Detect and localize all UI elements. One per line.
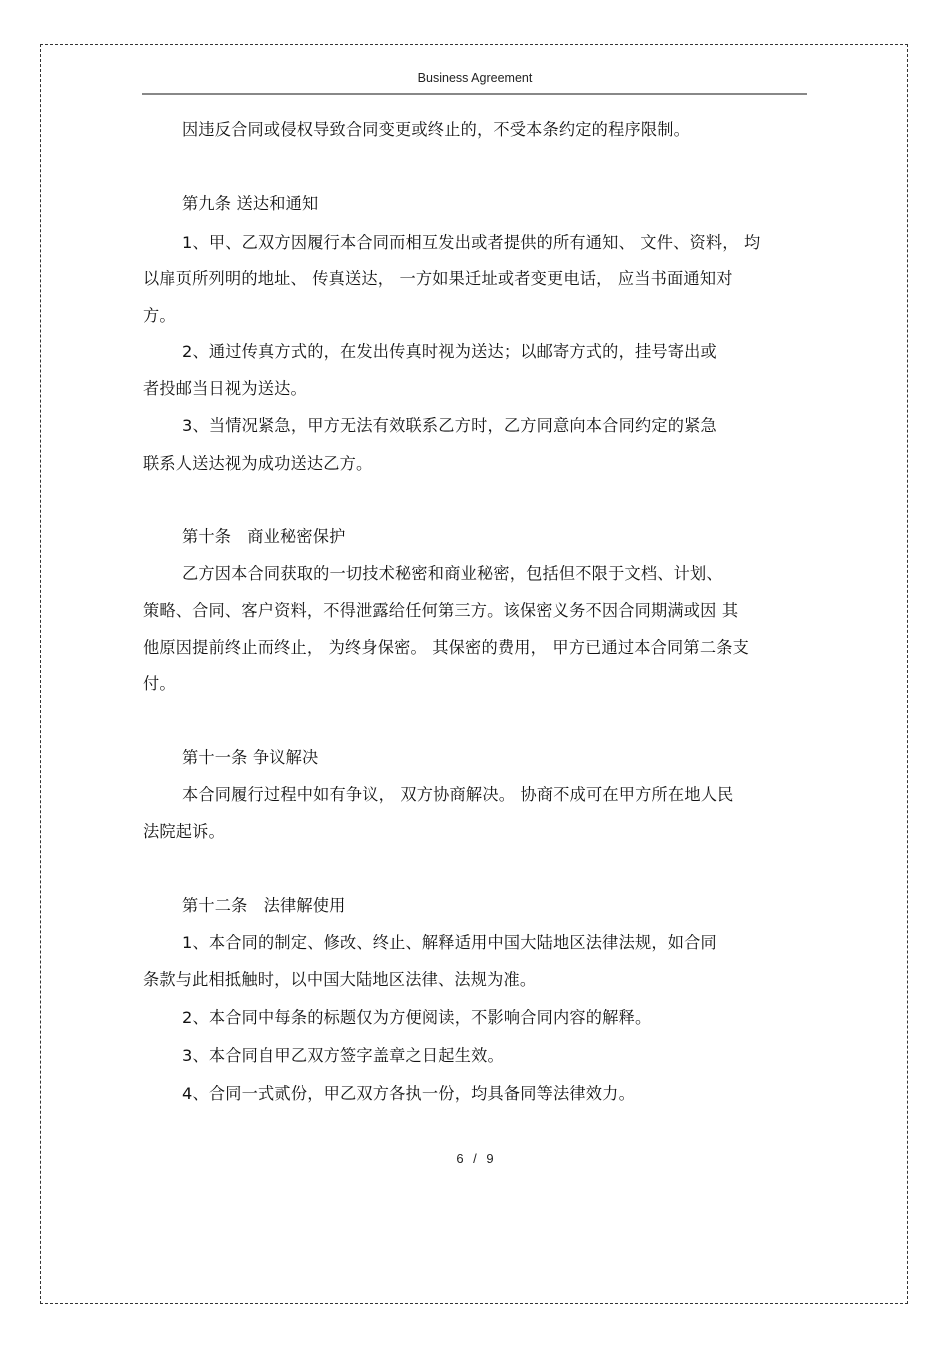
paragraph-line: 他原因提前终止而终止， 为终身保密。 其保密的费用， 甲方已通过本合同第二条支 bbox=[143, 638, 749, 658]
paragraph-line: 1、甲、乙双方因履行本合同而相互发出或者提供的所有通知、 文件、资料， 均 bbox=[182, 233, 760, 253]
paragraph-line: 2、通过传真方式的，在发出传真时视为送达；以邮寄方式的，挂号寄出或 bbox=[182, 342, 717, 362]
paragraph-line: 法院起诉。 bbox=[143, 822, 225, 842]
paragraph-line: 4、合同一式贰份，甲乙双方各执一份，均具备同等法律效力。 bbox=[182, 1084, 635, 1104]
paragraph-line: 条款与此相抵触时，以中国大陆地区法律、法规为准。 bbox=[143, 970, 536, 990]
paragraph-line: 付。 bbox=[143, 674, 176, 694]
running-header: Business Agreement bbox=[0, 71, 950, 85]
paragraph-line: 1、本合同的制定、修改、终止、解释适用中国大陆地区法律法规，如合同 bbox=[182, 933, 717, 953]
paragraph-line: 以扉页所列明的地址、 传真送达， 一方如果迁址或者变更电话， 应当书面通知对 bbox=[143, 269, 733, 289]
paragraph-line: 方。 bbox=[143, 306, 176, 326]
paragraph-line: 策略、合同、客户资料，不得泄露给任何第三方。该保密义务不因合同期满或因 其 bbox=[143, 601, 738, 621]
page-number: 6 / 9 bbox=[0, 1151, 950, 1166]
paragraph-line: 乙方因本合同获取的一切技术秘密和商业秘密，包括但不限于文档、计划、 bbox=[182, 564, 723, 584]
paragraph-line: 者投邮当日视为送达。 bbox=[143, 379, 307, 399]
header-rule bbox=[142, 93, 807, 95]
section-heading: 第十一条 争议解决 bbox=[182, 748, 318, 768]
paragraph-line: 因违反合同或侵权导致合同变更或终止的，不受本条约定的程序限制。 bbox=[182, 120, 690, 140]
section-heading: 第十条 商业秘密保护 bbox=[182, 527, 346, 547]
paragraph-line: 本合同履行过程中如有争议， 双方协商解决。 协商不成可在甲方所在地人民 bbox=[182, 785, 733, 805]
paragraph-line: 联系人送达视为成功送达乙方。 bbox=[143, 454, 372, 474]
section-heading: 第九条 送达和通知 bbox=[182, 194, 318, 214]
paragraph-line: 3、当情况紧急，甲方无法有效联系乙方时，乙方同意向本合同约定的紧急 bbox=[182, 416, 717, 436]
paragraph-line: 3、本合同自甲乙双方签字盖章之日起生效。 bbox=[182, 1046, 504, 1066]
section-heading: 第十二条 法律解使用 bbox=[182, 896, 346, 916]
paragraph-line: 2、本合同中每条的标题仅为方便阅读，不影响合同内容的解释。 bbox=[182, 1008, 651, 1028]
